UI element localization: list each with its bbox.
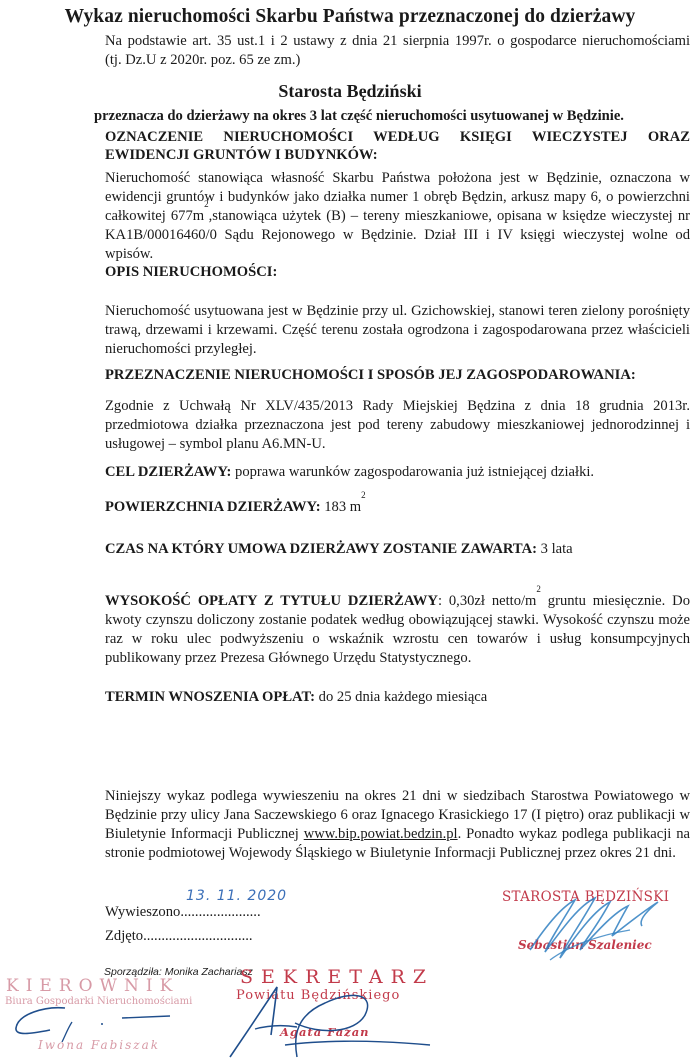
description-heading: OPIS NIERUCHOMOŚCI: xyxy=(105,263,690,281)
payment-deadline-value: do 25 dnia każdego miesiąca xyxy=(315,689,487,705)
designation-text: Nieruchomość stanowiąca własność Skarbu … xyxy=(105,169,690,264)
legal-basis: Na podstawie art. 35 ust.1 i 2 ustawy z … xyxy=(105,32,690,70)
legal-basis-line2: (tj. Dz.U z 2020r. poz. 65 ze zm.) xyxy=(105,51,690,70)
lease-fee: WYSOKOŚĆ OPŁATY Z TYTUŁU DZIERŻAWY: 0,30… xyxy=(105,592,690,668)
lease-area-label: POWIERZCHNIA DZIERŻAWY: xyxy=(105,499,321,515)
lease-fee-value-part1: : 0,30zł netto/m xyxy=(438,593,536,609)
payment-deadline-label: TERMIN WNOSZENIA OPŁAT: xyxy=(105,689,315,705)
lease-fee-label: WYSOKOŚĆ OPŁATY Z TYTUŁU DZIERŻAWY xyxy=(105,593,438,609)
lease-goal-value: poprawa warunków zagospodarowania już is… xyxy=(231,464,594,480)
purpose-text: Zgodnie z Uchwałą Nr XLV/435/2013 Rady M… xyxy=(105,397,690,454)
lease-goal-label: CEL DZIERŻAWY: xyxy=(105,464,231,480)
kierownik-stamp-title: KIEROWNIK xyxy=(6,976,179,996)
description-text: Nieruchomość usytuowana jest w Będzinie … xyxy=(105,302,690,359)
designation-heading: OZNACZENIE NIERUCHOMOŚCI WEDŁUG KSIĘGI W… xyxy=(105,128,690,164)
sekretarz-signature-icon xyxy=(225,975,455,1059)
purpose-heading: PRZEZNACZENIE NIERUCHOMOŚCI I SPOSÓB JEJ… xyxy=(105,366,690,384)
payment-deadline: TERMIN WNOSZENIA OPŁAT: do 25 dnia każde… xyxy=(105,688,690,707)
document-title: Wykaz nieruchomości Skarbu Państwa przez… xyxy=(0,6,700,28)
lease-term-label: CZAS NA KTÓRY UMOWA DZIERŻAWY ZOSTANIE Z… xyxy=(105,541,537,557)
bip-link[interactable]: www.bip.powiat.bedzin.pl xyxy=(304,826,458,842)
lease-term-value: 3 lata xyxy=(537,541,573,557)
document-page: Wykaz nieruchomości Skarbu Państwa przez… xyxy=(0,0,700,1059)
lease-area-value: 183 m xyxy=(321,499,362,515)
area-superscript: 2 xyxy=(204,199,209,209)
posted-date-handwritten: 13. 11. 2020 xyxy=(186,888,287,904)
lease-area-superscript: 2 xyxy=(361,490,366,500)
starosta-signature-icon xyxy=(520,880,670,970)
removed-label: Zdjęto xyxy=(105,928,143,944)
designation-heading-line1: OZNACZENIE NIERUCHOMOŚCI WEDŁUG KSIĘGI W… xyxy=(105,128,690,146)
lease-area: POWIERZCHNIA DZIERŻAWY: 183 m2 xyxy=(105,498,690,517)
removed-dots: .............................. xyxy=(143,928,252,944)
issuer-heading: Starosta Będziński xyxy=(0,81,700,102)
lease-fee-superscript: 2 xyxy=(536,584,541,594)
purpose-line: przeznacza do dzierżawy na okres 3 lat c… xyxy=(0,108,700,125)
legal-basis-line1: Na podstawie art. 35 ust.1 i 2 ustawy z … xyxy=(105,32,690,51)
lease-goal: CEL DZIERŻAWY: poprawa warunków zagospod… xyxy=(105,463,690,482)
posted-label: Wywieszono xyxy=(105,904,180,920)
publication-text: Niniejszy wykaz podlega wywieszeniu na o… xyxy=(105,787,690,863)
posted-line: Wywieszono...................... xyxy=(105,904,261,921)
removed-line: Zdjęto.............................. xyxy=(105,928,253,945)
kierownik-signature-icon xyxy=(10,1000,190,1050)
designation-heading-line2: EWIDENCJI GRUNTÓW I BUDYNKÓW: xyxy=(105,146,690,164)
posted-dots: ...................... xyxy=(180,904,260,920)
lease-term: CZAS NA KTÓRY UMOWA DZIERŻAWY ZOSTANIE Z… xyxy=(105,540,690,559)
